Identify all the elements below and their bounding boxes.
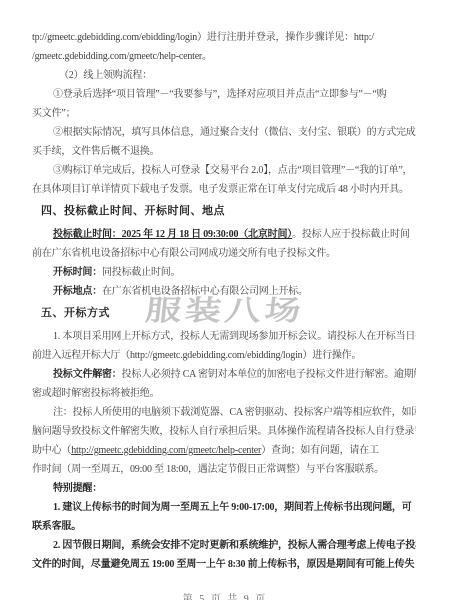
text-line: 2. 因节假日期间，系统会安排不定时更新和系统维护，投标人需合理考虑上传电子投标 xyxy=(32,536,416,555)
text-segment: 脑问题导致投标文件解密失败，投标人自行承担后果。具体操作流程请各投标人自行登录帮 xyxy=(32,426,416,437)
text-segment: 前在广东省机电设备招标中心有限公司网成功递交所有电子投标文件。 xyxy=(32,248,336,259)
text-line: 联系客服。 xyxy=(32,517,416,536)
text-line: 助中心（http://gmeetc.gdebidding.com/gmeetc/… xyxy=(32,441,416,460)
text-segment: 特别提醒： xyxy=(53,483,102,494)
text-line: ③购标订单完成后，投标人可登录【交易平台 2.0】，点击“项目管理”－“我的订单… xyxy=(32,161,416,180)
text-segment: tp://gmeetc.gdebidding.com/ebidding/logi… xyxy=(32,32,374,43)
text-segment: 密或超时解密投标将被拒绝。 xyxy=(32,388,159,399)
text-line: 开标时间：同投标截止时间。 xyxy=(32,263,416,282)
text-segment: 。投标人应于投标截止时间 xyxy=(292,229,410,240)
text-line: 脑问题导致投标文件解密失败，投标人自行承担后果。具体操作流程请各投标人自行登录帮 xyxy=(32,422,416,441)
section-heading: 四、投标截止时间、开标时间、地点 xyxy=(32,202,416,221)
text-segment: 注：投标人所使用的电脑须下载浏览器、CA 密钥驱动、投标客户端等相应软件，如因电 xyxy=(53,407,416,418)
text-line: 前进入远程开标大厅（http://gmeetc.gdebidding.com/e… xyxy=(32,346,416,365)
text-line: 特别提醒： xyxy=(32,479,416,498)
text-segment: 开标地点： xyxy=(53,286,102,297)
text-segment: 五、开标方式 xyxy=(41,307,110,319)
page-footer: 第 5 页 共 9 页 xyxy=(0,590,450,600)
text-segment: 文件的时间，尽量避免周五 19:00 至周一上午 8:30 前上传标书，原因是期… xyxy=(32,559,414,570)
text-line: 买手续，文件售后概不退换。 xyxy=(32,142,416,161)
text-segment: ②根据实际情况，填写具体信息，通过聚合支付（微信、支付宝、银联）的方式完成购 xyxy=(53,127,416,138)
text-line: 投标文件解密：投标人必须持 CA 密钥对本单位的加密电子投标文件进行解密。逾期解 xyxy=(32,365,416,384)
text-line: ②根据实际情况，填写具体信息，通过聚合支付（微信、支付宝、银联）的方式完成购 xyxy=(32,123,416,142)
text-line: 投标截止时间：2025 年 12 月 18 日 09:30:00（北京时间）。投… xyxy=(32,225,416,244)
text-segment: 同投标截止时间。 xyxy=(102,267,180,278)
text-segment: 投标人必须持 CA 密钥对本单位的加密电子投标文件进行解密。逾期解 xyxy=(122,369,416,380)
text-line: 密或超时解密投标将被拒绝。 xyxy=(32,384,416,403)
link-text: http://gmeetc.gdebidding.com/gmeetc/help… xyxy=(71,445,261,456)
text-segment: （2）线上领购流程： xyxy=(59,70,152,81)
text-line: tp://gmeetc.gdebidding.com/ebidding/logi… xyxy=(32,28,416,47)
document-page: 服装八场 tp://gmeetc.gdebidding.com/ebidding… xyxy=(0,0,450,600)
text-line: 在具体项目订单详情页下载电子发票。电子发票正常在订单支付完成后 48 小时内开具… xyxy=(32,180,416,199)
text-line: ①登录后选择“项目管理”－“我要参与”，选择对应项目并点击“立即参与”－“购 xyxy=(32,85,416,104)
text-segment: ③购标订单完成后，投标人可登录【交易平台 2.0】，点击“项目管理”－“我的订单… xyxy=(53,165,412,176)
document-body: tp://gmeetc.gdebidding.com/ebidding/logi… xyxy=(32,28,416,574)
text-segment: 在具体项目订单详情页下载电子发票。电子发票正常在订单支付完成后 48 小时内开具… xyxy=(32,184,409,195)
text-segment: 1. 建议上传标书的时间为周一至周五上午 9:00-17:00，期间若上传标书出… xyxy=(53,502,412,513)
text-line: 注：投标人所使用的电脑须下载浏览器、CA 密钥驱动、投标客户端等相应软件，如因电 xyxy=(32,403,416,422)
text-segment: ①登录后选择“项目管理”－“我要参与”，选择对应项目并点击“立即参与”－“购 xyxy=(53,89,386,100)
text-segment: 联系客服。 xyxy=(32,521,81,532)
text-segment: 买手续，文件售后概不退换。 xyxy=(32,146,159,157)
text-line: 作时间（周一至周五，09:00 至 18:00，遇法定节假日正常调整）与平台客服… xyxy=(32,460,416,479)
text-line: 文件的时间，尽量避免周五 19:00 至周一上午 8:30 前上传标书，原因是期… xyxy=(32,555,416,574)
text-segment: 开标时间： xyxy=(53,267,102,278)
text-segment: 买文件”； xyxy=(32,108,75,119)
text-segment: 作时间（周一至周五，09:00 至 18:00，遇法定节假日正常调整）与平台客服… xyxy=(32,464,384,475)
section-heading: 五、开标方式 xyxy=(32,304,416,323)
text-segment: 投标文件解密： xyxy=(53,369,122,380)
text-line: /gmeetc.gdebidding.com/gmeetc/help-cente… xyxy=(32,47,416,66)
text-line: 买文件”； xyxy=(32,104,416,123)
text-segment: 1. 本项目采用网上开标方式，投标人无需到现场参加开标会议。请投标人在开标当日提 xyxy=(53,331,416,342)
link-text: 投标截止时间：2025 年 12 月 18 日 09:30:00（北京时间） xyxy=(53,229,292,240)
text-segment: 2. 因节假日期间，系统会安排不定时更新和系统维护，投标人需合理考虑上传电子投标 xyxy=(53,540,416,551)
text-segment: /gmeetc.gdebidding.com/gmeetc/help-cente… xyxy=(32,51,212,62)
text-line: 前在广东省机电设备招标中心有限公司网成功递交所有电子投标文件。 xyxy=(32,244,416,263)
text-segment: 四、投标截止时间、开标时间、地点 xyxy=(41,205,225,217)
text-line: （2）线上领购流程： xyxy=(32,66,416,85)
text-line: 1. 本项目采用网上开标方式，投标人无需到现场参加开标会议。请投标人在开标当日提 xyxy=(32,327,416,346)
text-line: 1. 建议上传标书的时间为周一至周五上午 9:00-17:00，期间若上传标书出… xyxy=(32,498,416,517)
text-line: 开标地点：在广东省机电设备招标中心有限公司网上开标。 xyxy=(32,282,416,301)
text-segment: 前进入远程开标大厅（http://gmeetc.gdebidding.com/e… xyxy=(32,350,361,361)
text-segment: 助中心（ xyxy=(32,445,71,456)
text-segment: ）查询；如有问题，请在工 xyxy=(261,445,379,456)
text-segment: 在广东省机电设备招标中心有限公司网上开标。 xyxy=(102,286,308,297)
